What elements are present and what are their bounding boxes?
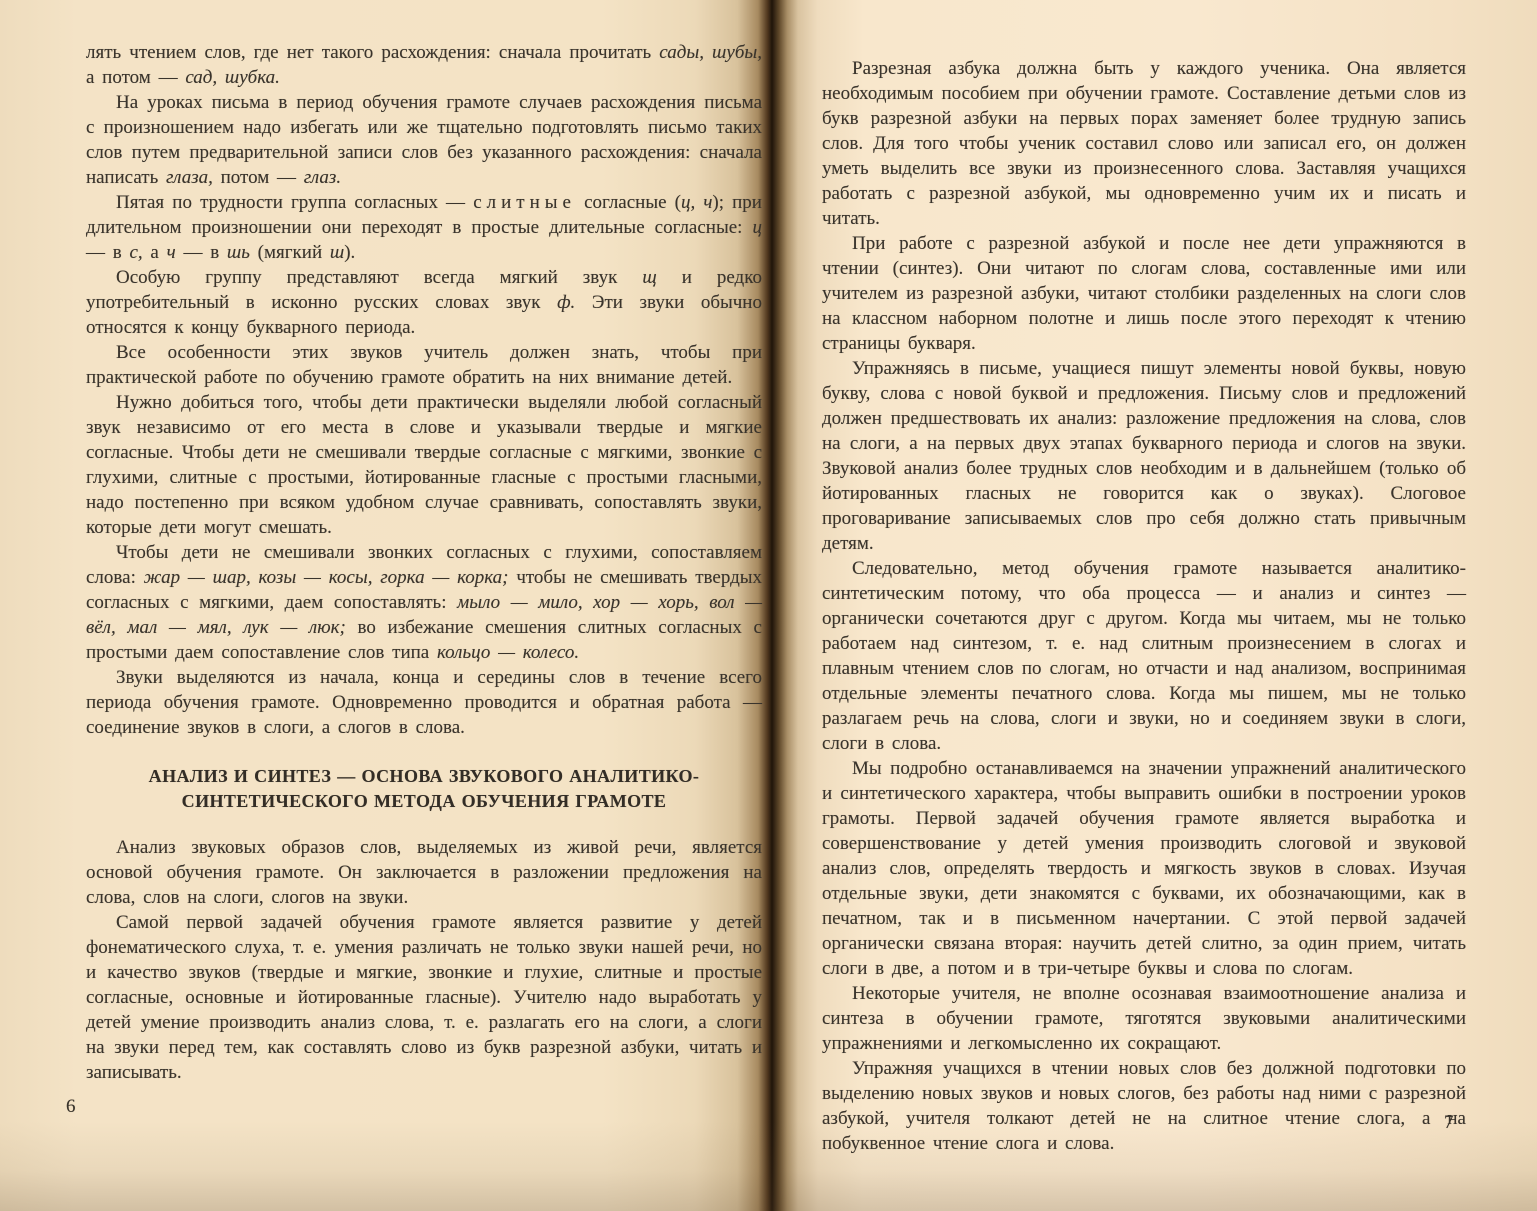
italic-text: кольцо — колесо.: [437, 642, 579, 663]
paragraph: Самой первой задачей обучения грамоте яв…: [86, 910, 762, 1085]
body-text: Следовательно, метод обучения грамоте на…: [822, 558, 1466, 754]
body-text: Пятая по трудности группа согласных —: [116, 192, 473, 213]
body-text: Анализ звуковых образов слов, выделяемых…: [86, 837, 762, 908]
body-text: — в: [176, 242, 227, 263]
book-spread: лять чтением слов, где нет такого расхож…: [0, 0, 1537, 1211]
italic-text: ц, ч: [681, 192, 712, 213]
body-text: потом —: [213, 167, 304, 188]
body-text: Нужно добиться того, чтобы дети практиче…: [86, 392, 762, 538]
paragraph: Чтобы дети не смешивали звонких согласны…: [86, 540, 762, 665]
body-text: ).: [344, 242, 355, 263]
paragraph: Все особенности этих звуков учитель долж…: [86, 340, 762, 390]
body-text: Звуки выделяются из начала, конца и сере…: [86, 667, 762, 738]
italic-text: сады, шубы,: [659, 42, 762, 63]
paragraph: На уроках письма в период обучения грамо…: [86, 90, 762, 190]
body-text: Самой первой задачей обучения грамоте яв…: [86, 912, 762, 1083]
right-page-text-column: Разрезная азбука должна быть у каждого у…: [822, 56, 1466, 1156]
body-text: Разрезная азбука должна быть у каждого у…: [822, 58, 1466, 229]
body-text: Особую группу представляют всегда мягкий…: [116, 267, 642, 288]
left-page-paragraphs-top: лять чтением слов, где нет такого расхож…: [86, 40, 762, 740]
italic-text: ш: [330, 242, 344, 263]
paragraph: Пятая по трудности группа согласных — сл…: [86, 190, 762, 265]
left-page-paragraphs-bottom: Анализ звуковых образов слов, выделяемых…: [86, 835, 762, 1085]
body-text: согласные (: [576, 192, 681, 213]
body-text: Мы подробно останавливаемся на значении …: [822, 758, 1466, 979]
italic-text: шь: [227, 242, 250, 263]
paragraph: Следовательно, метод обучения грамоте на…: [822, 556, 1466, 756]
italic-text: ч: [167, 242, 176, 263]
italic-text: щ: [642, 267, 656, 288]
section-heading: АНАЛИЗ И СИНТЕЗ — ОСНОВА ЗВУКОВОГО АНАЛИ…: [96, 764, 752, 814]
letterspaced-text: слитные: [473, 192, 576, 213]
paragraph: Звуки выделяются из начала, конца и сере…: [86, 665, 762, 740]
paragraph: Анализ звуковых образов слов, выделяемых…: [86, 835, 762, 910]
body-text: Все особенности этих звуков учитель долж…: [86, 342, 762, 388]
italic-text: с,: [129, 242, 142, 263]
left-page-number: 6: [66, 1096, 76, 1118]
italic-text: ц: [753, 217, 763, 238]
paragraph: Упражняя учащихся в чтении новых слов бе…: [822, 1056, 1466, 1156]
right-page-number: 7: [1444, 1112, 1454, 1134]
italic-text: сад, шубка.: [185, 67, 280, 88]
body-text: (мягкий: [250, 242, 330, 263]
italic-text: ф.: [557, 292, 575, 313]
body-text: — в: [86, 242, 129, 263]
italic-text: жар — шар, козы — косы, горка — корка;: [144, 567, 509, 588]
italic-text: глаз.: [304, 167, 341, 188]
paragraph: Некоторые учителя, не вполне осознавая в…: [822, 981, 1466, 1056]
italic-text: глаза,: [166, 167, 213, 188]
body-text: лять чтением слов, где нет такого расхож…: [86, 42, 659, 63]
paragraph: При работе с разрезной азбукой и после н…: [822, 231, 1466, 356]
paragraph: Разрезная азбука должна быть у каждого у…: [822, 56, 1466, 231]
left-page-text-column: лять чтением слов, где нет такого расхож…: [86, 40, 762, 1085]
body-text: Некоторые учителя, не вполне осознавая в…: [822, 983, 1466, 1054]
paragraph: Нужно добиться того, чтобы дети практиче…: [86, 390, 762, 540]
right-page-paragraphs: Разрезная азбука должна быть у каждого у…: [822, 56, 1466, 1156]
paragraph: Особую группу представляют всегда мягкий…: [86, 265, 762, 340]
body-text: Упражняя учащихся в чтении новых слов бе…: [822, 1058, 1466, 1154]
paragraph: лять чтением слов, где нет такого расхож…: [86, 40, 762, 90]
body-text: а потом —: [86, 67, 185, 88]
paragraph: Упражняясь в письме, учащиеся пишут элем…: [822, 356, 1466, 556]
body-text: Упражняясь в письме, учащиеся пишут элем…: [822, 358, 1466, 554]
paragraph: Мы подробно останавливаемся на значении …: [822, 756, 1466, 981]
body-text: а: [143, 242, 167, 263]
body-text: При работе с разрезной азбукой и после н…: [822, 233, 1466, 354]
